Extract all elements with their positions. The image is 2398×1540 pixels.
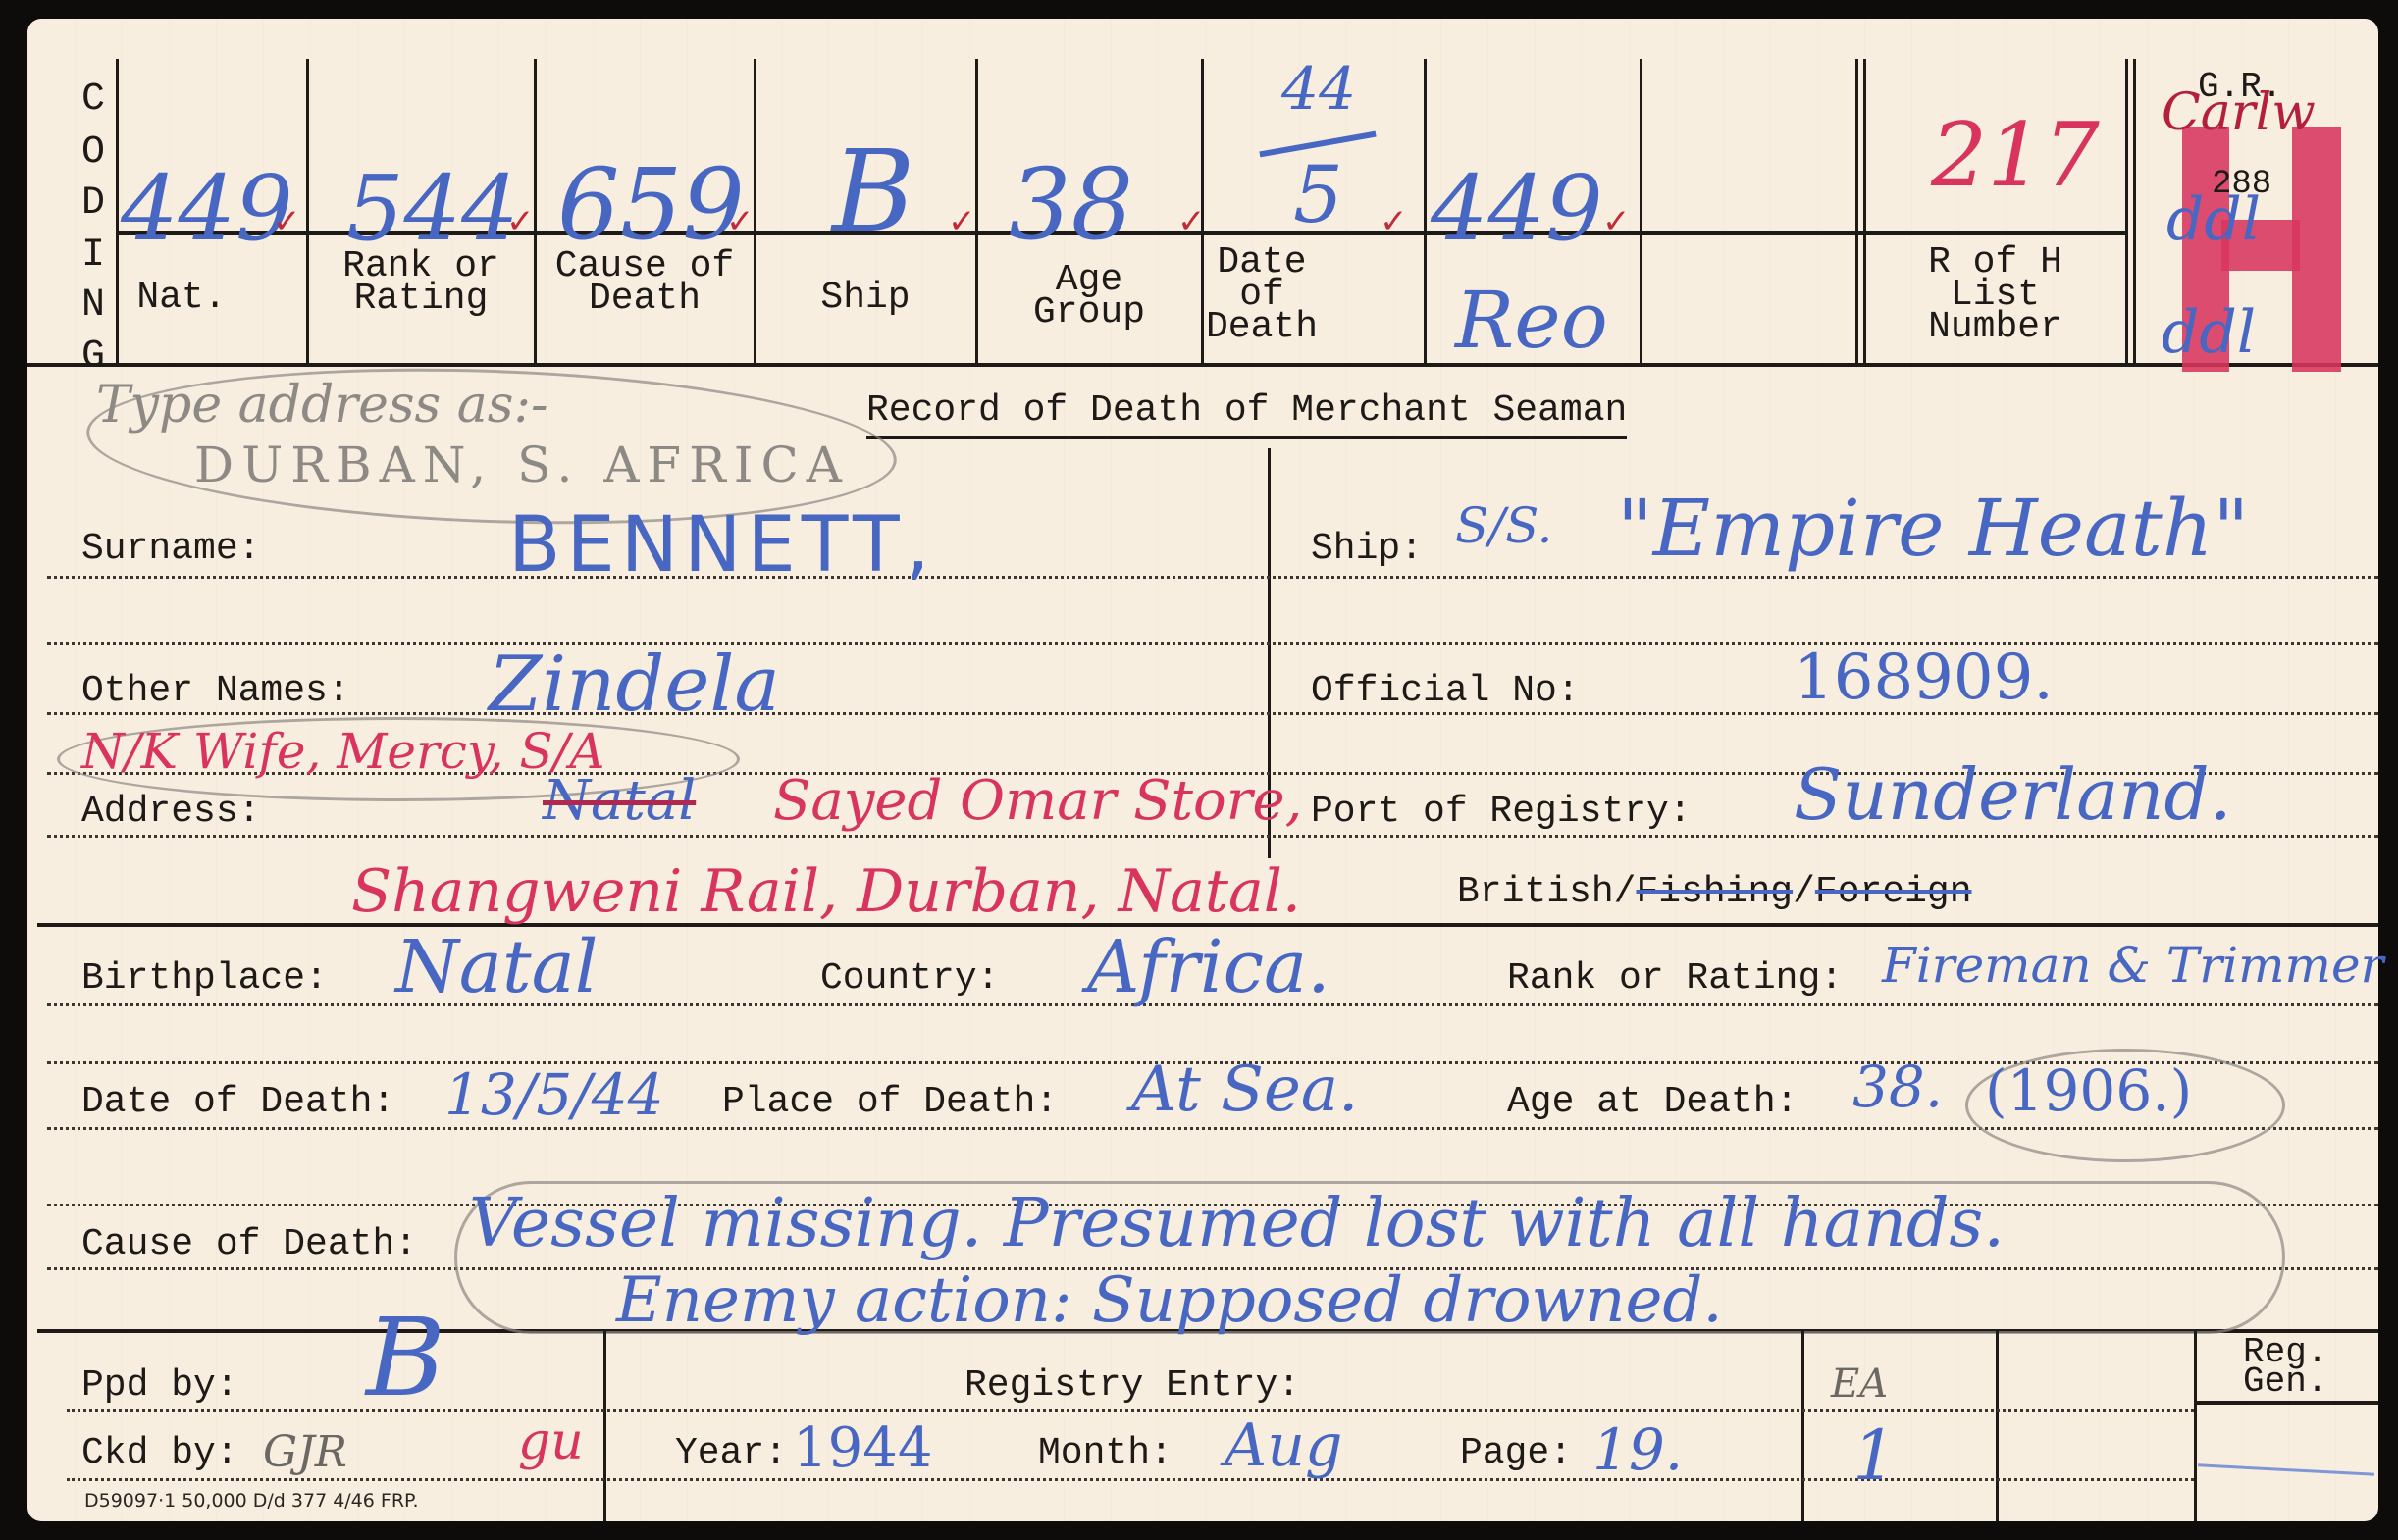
reg-gen-label: Reg. Gen. [2243, 1338, 2327, 1397]
address-line1: Sayed Omar Store, [773, 774, 1302, 829]
surname-label: Surname: [81, 531, 260, 568]
col-label-nat: Nat. [118, 282, 245, 314]
address-struck: Natal [543, 774, 696, 829]
check-icon: ✓ [1602, 205, 1631, 238]
year-value: 1944 [793, 1421, 933, 1476]
address-label: Address: [81, 794, 260, 831]
col-label-rofh: R of H List Number [1865, 246, 2125, 343]
gr-blue-initials-2: ddl [2162, 303, 2256, 362]
birthplace-label: Birthplace: [81, 960, 328, 998]
other-names-label: Other Names: [81, 673, 350, 710]
dotted-rule [47, 576, 2378, 579]
code-ship: B [832, 136, 915, 249]
col-label-date: Date of Death [1203, 246, 1321, 343]
birth-year-value: (1906.) [1985, 1062, 2192, 1119]
month-value: Aug [1225, 1416, 1342, 1475]
code-age: 38 [1009, 156, 1133, 254]
ckd-by-label: Ckd by: [81, 1435, 238, 1472]
check-icon: ✓ [1380, 205, 1408, 238]
code-date: 5 [1293, 156, 1343, 234]
ea-label: EA [1831, 1364, 1888, 1404]
ea-value: 1 [1852, 1421, 1897, 1490]
registry-type: British/Fishing/Foreign [1457, 874, 1972, 911]
registry-foreign: Foreign [1815, 871, 1972, 913]
rank-label: Rank or Rating: [1507, 960, 1843, 998]
place-of-death-label: Place of Death: [722, 1084, 1058, 1121]
code-date-top: 44 [1281, 60, 1356, 119]
pencil-note-line1: Type address as:- [96, 380, 548, 431]
date-of-death-label: Date of Death: [81, 1084, 394, 1121]
footer-divider [1996, 1331, 1999, 1521]
rank-value: Fireman & Trimmer [1882, 941, 2383, 990]
grid-line [2125, 59, 2128, 365]
surname-value: BENNETT, [508, 507, 936, 584]
port-label: Port of Registry: [1311, 794, 1692, 831]
reg-gen-blue-mark [2198, 1463, 2374, 1475]
check-icon: ✓ [506, 205, 535, 238]
registry-fishing: Fishing [1636, 871, 1793, 913]
rofh-number: 217 [1931, 112, 2100, 200]
date-of-death-value: 13/5/44 [444, 1066, 664, 1123]
code-extra-note: Reo [1455, 282, 1608, 360]
official-no-value: 168909. [1794, 646, 2054, 709]
ship-value: "Empire Heath" [1617, 489, 2249, 568]
other-names-value: Zindela [489, 646, 780, 723]
death-record-card: C O D I N G Nat. Rank or Rating Cause of… [27, 19, 2378, 1521]
grid-line [1855, 59, 1858, 365]
footer-divider [1801, 1331, 1804, 1521]
port-value: Sunderland. [1794, 759, 2231, 830]
check-icon: ✓ [726, 205, 755, 238]
month-label: Month: [1038, 1435, 1173, 1472]
country-value: Africa. [1087, 931, 1330, 1003]
footer-divider [603, 1331, 606, 1521]
code-extra: 449 [1431, 164, 1603, 254]
check-icon: ✓ [948, 205, 976, 238]
ppd-by-value: B [366, 1304, 445, 1412]
code-nat: 449 [121, 164, 293, 254]
grid-line [306, 59, 309, 365]
ppd-by-label: Ppd by: [81, 1367, 238, 1405]
registry-british: British/ [1457, 871, 1636, 913]
code-cause: 659 [557, 156, 745, 254]
page-title: Record of Death of Merchant Seaman [866, 392, 1627, 439]
footer-divider [2194, 1331, 2197, 1521]
age-value: 38. [1852, 1058, 1943, 1115]
ckd-by-red-initials: gu [518, 1416, 584, 1467]
nok-note: N/K Wife, Mercy, S/A [81, 727, 605, 776]
country-label: Country: [820, 960, 999, 998]
col-label-ship: Ship [756, 282, 975, 314]
grid-line [1424, 59, 1427, 365]
page-value: 19. [1592, 1421, 1683, 1478]
cause-label: Cause of Death: [81, 1226, 417, 1263]
pencil-note-line2: DURBAN, S. AFRICA [194, 440, 850, 489]
cause-line2: Enemy action: Supposed drowned. [616, 1269, 1723, 1332]
ship-prefix: S/S. [1455, 501, 1552, 550]
page-label: Page: [1460, 1435, 1572, 1472]
ship-label: Ship: [1311, 531, 1423, 568]
code-rank: 544 [346, 164, 519, 254]
grid-line [116, 59, 119, 365]
print-code: D59097·1 50,000 D/d 377 4/46 FRP. [84, 1490, 419, 1512]
official-no-label: Official No: [1311, 673, 1580, 710]
grid-line [27, 363, 2378, 367]
cause-line1: Vessel missing. Presumed lost with all h… [469, 1191, 2005, 1258]
birthplace-value: Natal [395, 931, 598, 1003]
year-label: Year: [675, 1435, 787, 1472]
check-icon: ✓ [1177, 205, 1206, 238]
address-line2: Shangweni Rail, Durban, Natal. [351, 862, 1301, 921]
grid-line [2133, 59, 2136, 365]
ckd-by-value: GJR [263, 1431, 347, 1474]
grid-line [1640, 59, 1642, 365]
age-label: Age at Death: [1507, 1084, 1798, 1121]
col-label-age: Age Group [977, 264, 1201, 329]
check-icon: ✓ [273, 205, 301, 238]
registry-entry-label: Registry Entry: [964, 1367, 1300, 1405]
place-of-death-value: At Sea. [1131, 1058, 1358, 1121]
gr-blue-initials: ddl [2166, 190, 2261, 249]
gr-red-initials: Carlw [2162, 87, 2316, 138]
